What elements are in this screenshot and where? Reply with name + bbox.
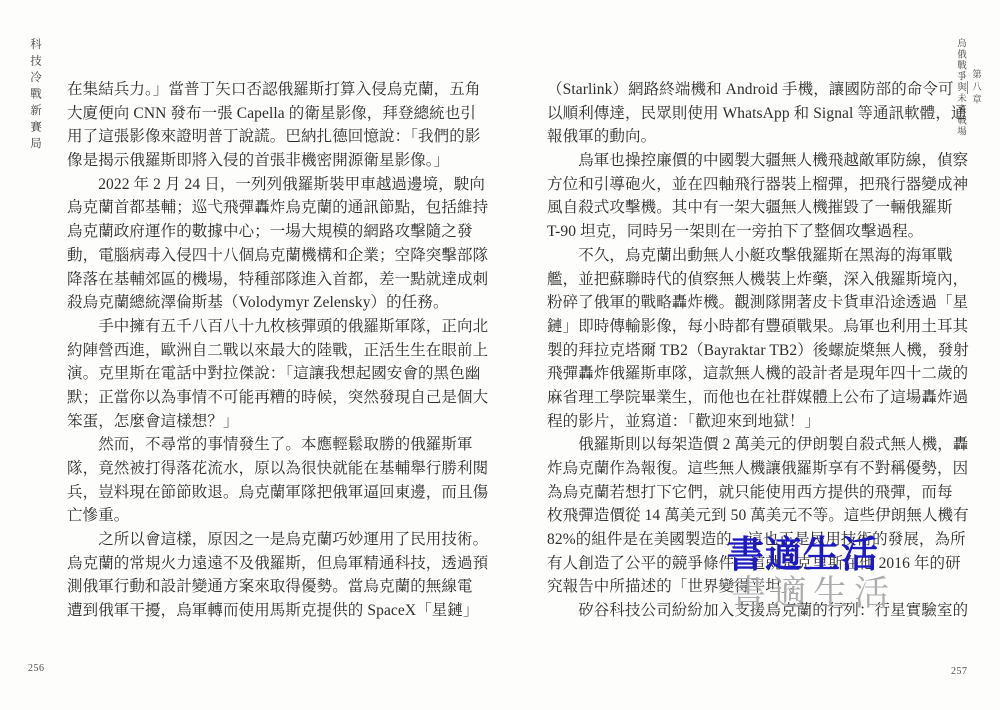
text-line: 烏克蘭政府運作的數據中心；一場大規模的網路攻擊隨之發 [67, 220, 487, 244]
text-line: 飛彈轟炸俄羅斯車隊，這款無人機的設計者是現年四十二歲的 [547, 362, 967, 386]
text-line: 82%的組件是在美國製造的，這也正是民用技術的發展，為所 [547, 528, 967, 552]
text-line: 風自殺式攻擊機。其中有一架大疆無人機摧毀了一輛俄羅斯 [547, 196, 967, 220]
text-line: 粉碎了俄軍的戰略轟炸機。觀測隊開著皮卡貨車沿途透過「星 [547, 291, 967, 315]
text-line: 殺烏克蘭總統澤倫斯基（Volodymyr Zelensky）的任務。 [67, 291, 487, 315]
text-line: 約陣營西進，歐洲自二戰以來最大的陸戰，正活生生在眼前上 [67, 339, 487, 363]
text-line: 烏軍也操控廉價的中國製大疆無人機飛越敵軍防線，偵察 [547, 149, 967, 173]
text-line: 麻省理工學院畢業生，而他也在社群媒體上公布了這場轟炸過 [547, 386, 967, 410]
text-line: 炸烏克蘭作為報復。這些無人機讓俄羅斯享有不對稱優勢，因 [547, 457, 967, 481]
text-line: 究報告中所描述的「世界變得平坦」。 [547, 575, 967, 599]
text-line: 演。克里斯在電話中對拉傑說：「這讓我想起國安會的黑色幽 [67, 362, 487, 386]
text-line: 測俄軍行動和設計變通方案來取得優勢。當烏克蘭的無線電 [67, 575, 487, 599]
text-line: 遭到俄軍干擾，烏軍轉而使用馬斯克提供的 SpaceX「星鏈」 [67, 599, 487, 623]
text-line: 默；正當你以為事情不可能再糟的時候，突然發現自己是個大 [67, 386, 487, 410]
text-line: 俄羅斯則以每架造價 2 萬美元的伊朗製自殺式無人機，轟 [547, 433, 967, 457]
text-line: 亡慘重。 [67, 504, 487, 528]
text-line: T-90 坦克，同時另一架則在一旁拍下了整個攻擊過程。 [547, 220, 967, 244]
text-line: 用了這張影像來證明普丁說謊。巴納扎德回憶說：「我們的影 [67, 125, 487, 149]
text-line: 艦，並把蘇聯時代的偵察無人機裝上炸藥，深入俄羅斯境內， [547, 268, 967, 292]
text-line: 報俄軍的動向。 [547, 125, 967, 149]
text-line: 在集結兵力。」當普丁矢口否認俄羅斯打算入侵烏克蘭，五角 [67, 78, 487, 102]
text-line: 2022 年 2 月 24 日，一列列俄羅斯裝甲車越過邊境，駛向 [67, 173, 487, 197]
chapter-number-label: 第八章 [968, 69, 982, 107]
text-line: 大廈便向 CNN 發布一張 Capella 的衛星影像，拜登總統也引 [67, 102, 487, 126]
text-line: 笨蛋，怎麼會這樣想？」 [67, 410, 487, 434]
text-line: 烏克蘭首都基輔；巡弋飛彈轟炸烏克蘭的通訊節點，包括維持 [67, 196, 487, 220]
text-line: 動，電腦病毒入侵四十八個烏克蘭機構和企業；空降突擊部隊 [67, 244, 487, 268]
text-line: 鏈」即時傳輸影像，每小時都有豐碩戰果。烏軍也利用土耳其 [547, 315, 967, 339]
text-line: 製的拜拉克塔爾 TB2（Bayraktar TB2）後螺旋槳無人機，發射 [547, 339, 967, 363]
text-line: 烏克蘭的常規火力遠遠不及俄羅斯，但烏軍精通科技，透過預 [67, 552, 487, 576]
text-line: 兵，豈料現在節節敗退。烏克蘭軍隊把俄軍逼回東邊，而且傷 [67, 481, 487, 505]
left-page-text-column: 在集結兵力。」當普丁矢口否認俄羅斯打算入侵烏克蘭，五角大廈便向 CNN 發布一張… [67, 78, 487, 623]
text-line: 降落在基輔郊區的機場，特種部隊進入首都，差一點就達成刺 [67, 268, 487, 292]
text-line: 程的影片，並寫道：「歡迎來到地獄！」 [547, 410, 967, 434]
text-line: 然而，不尋常的事情發生了。本應輕鬆取勝的俄羅斯軍 [67, 433, 487, 457]
chapter-divider [967, 81, 968, 94]
right-page-number: 257 [951, 666, 968, 677]
text-line: 矽谷科技公司紛紛加入支援烏克蘭的行列：行星實驗室的 [547, 599, 967, 623]
text-line: 為烏克蘭若想打下它們，就只能使用西方提供的飛彈，而每 [547, 481, 967, 505]
text-line: 隊，竟然被打得落花流水，原以為很快就能在基輔舉行勝利閱 [67, 457, 487, 481]
text-line: （Starlink）網路終端機和 Android 手機，讓國防部的命令可 [547, 78, 967, 102]
text-line: 有人創造了公平的競爭條件，這就是克里斯在他 2016 年的研 [547, 552, 967, 576]
book-series-title: 科技冷戰新賽局 [27, 38, 43, 154]
right-page-text-column: （Starlink）網路終端機和 Android 手機，讓國防部的命令可以順利傳… [547, 78, 967, 623]
text-line: 方位和引導砲火，並在四軸飛行器裝上榴彈，把飛行器變成神 [547, 173, 967, 197]
text-line: 像是揭示俄羅斯即將入侵的首張非機密開源衛星影像。」 [67, 149, 487, 173]
text-line: 枚飛彈造價從 14 萬美元到 50 萬美元不等。這些伊朗無人機有 [547, 504, 967, 528]
book-spread: 科技冷戰新賽局 第八章 烏俄戰爭與未來戰場 在集結兵力。」當普丁矢口否認俄羅斯打… [0, 0, 1000, 710]
text-line: 手中擁有五千八百八十九枚核彈頭的俄羅斯軍隊，正向北 [67, 315, 487, 339]
left-page-number: 256 [28, 663, 45, 674]
text-line: 之所以會這樣，原因之一是烏克蘭巧妙運用了民用技術。 [67, 528, 487, 552]
text-line: 以順利傳達，民眾則使用 WhatsApp 和 Signal 等通訊軟體，通 [547, 102, 967, 126]
text-line: 不久，烏克蘭出動無人小艇攻擊俄羅斯在黑海的海軍戰 [547, 244, 967, 268]
